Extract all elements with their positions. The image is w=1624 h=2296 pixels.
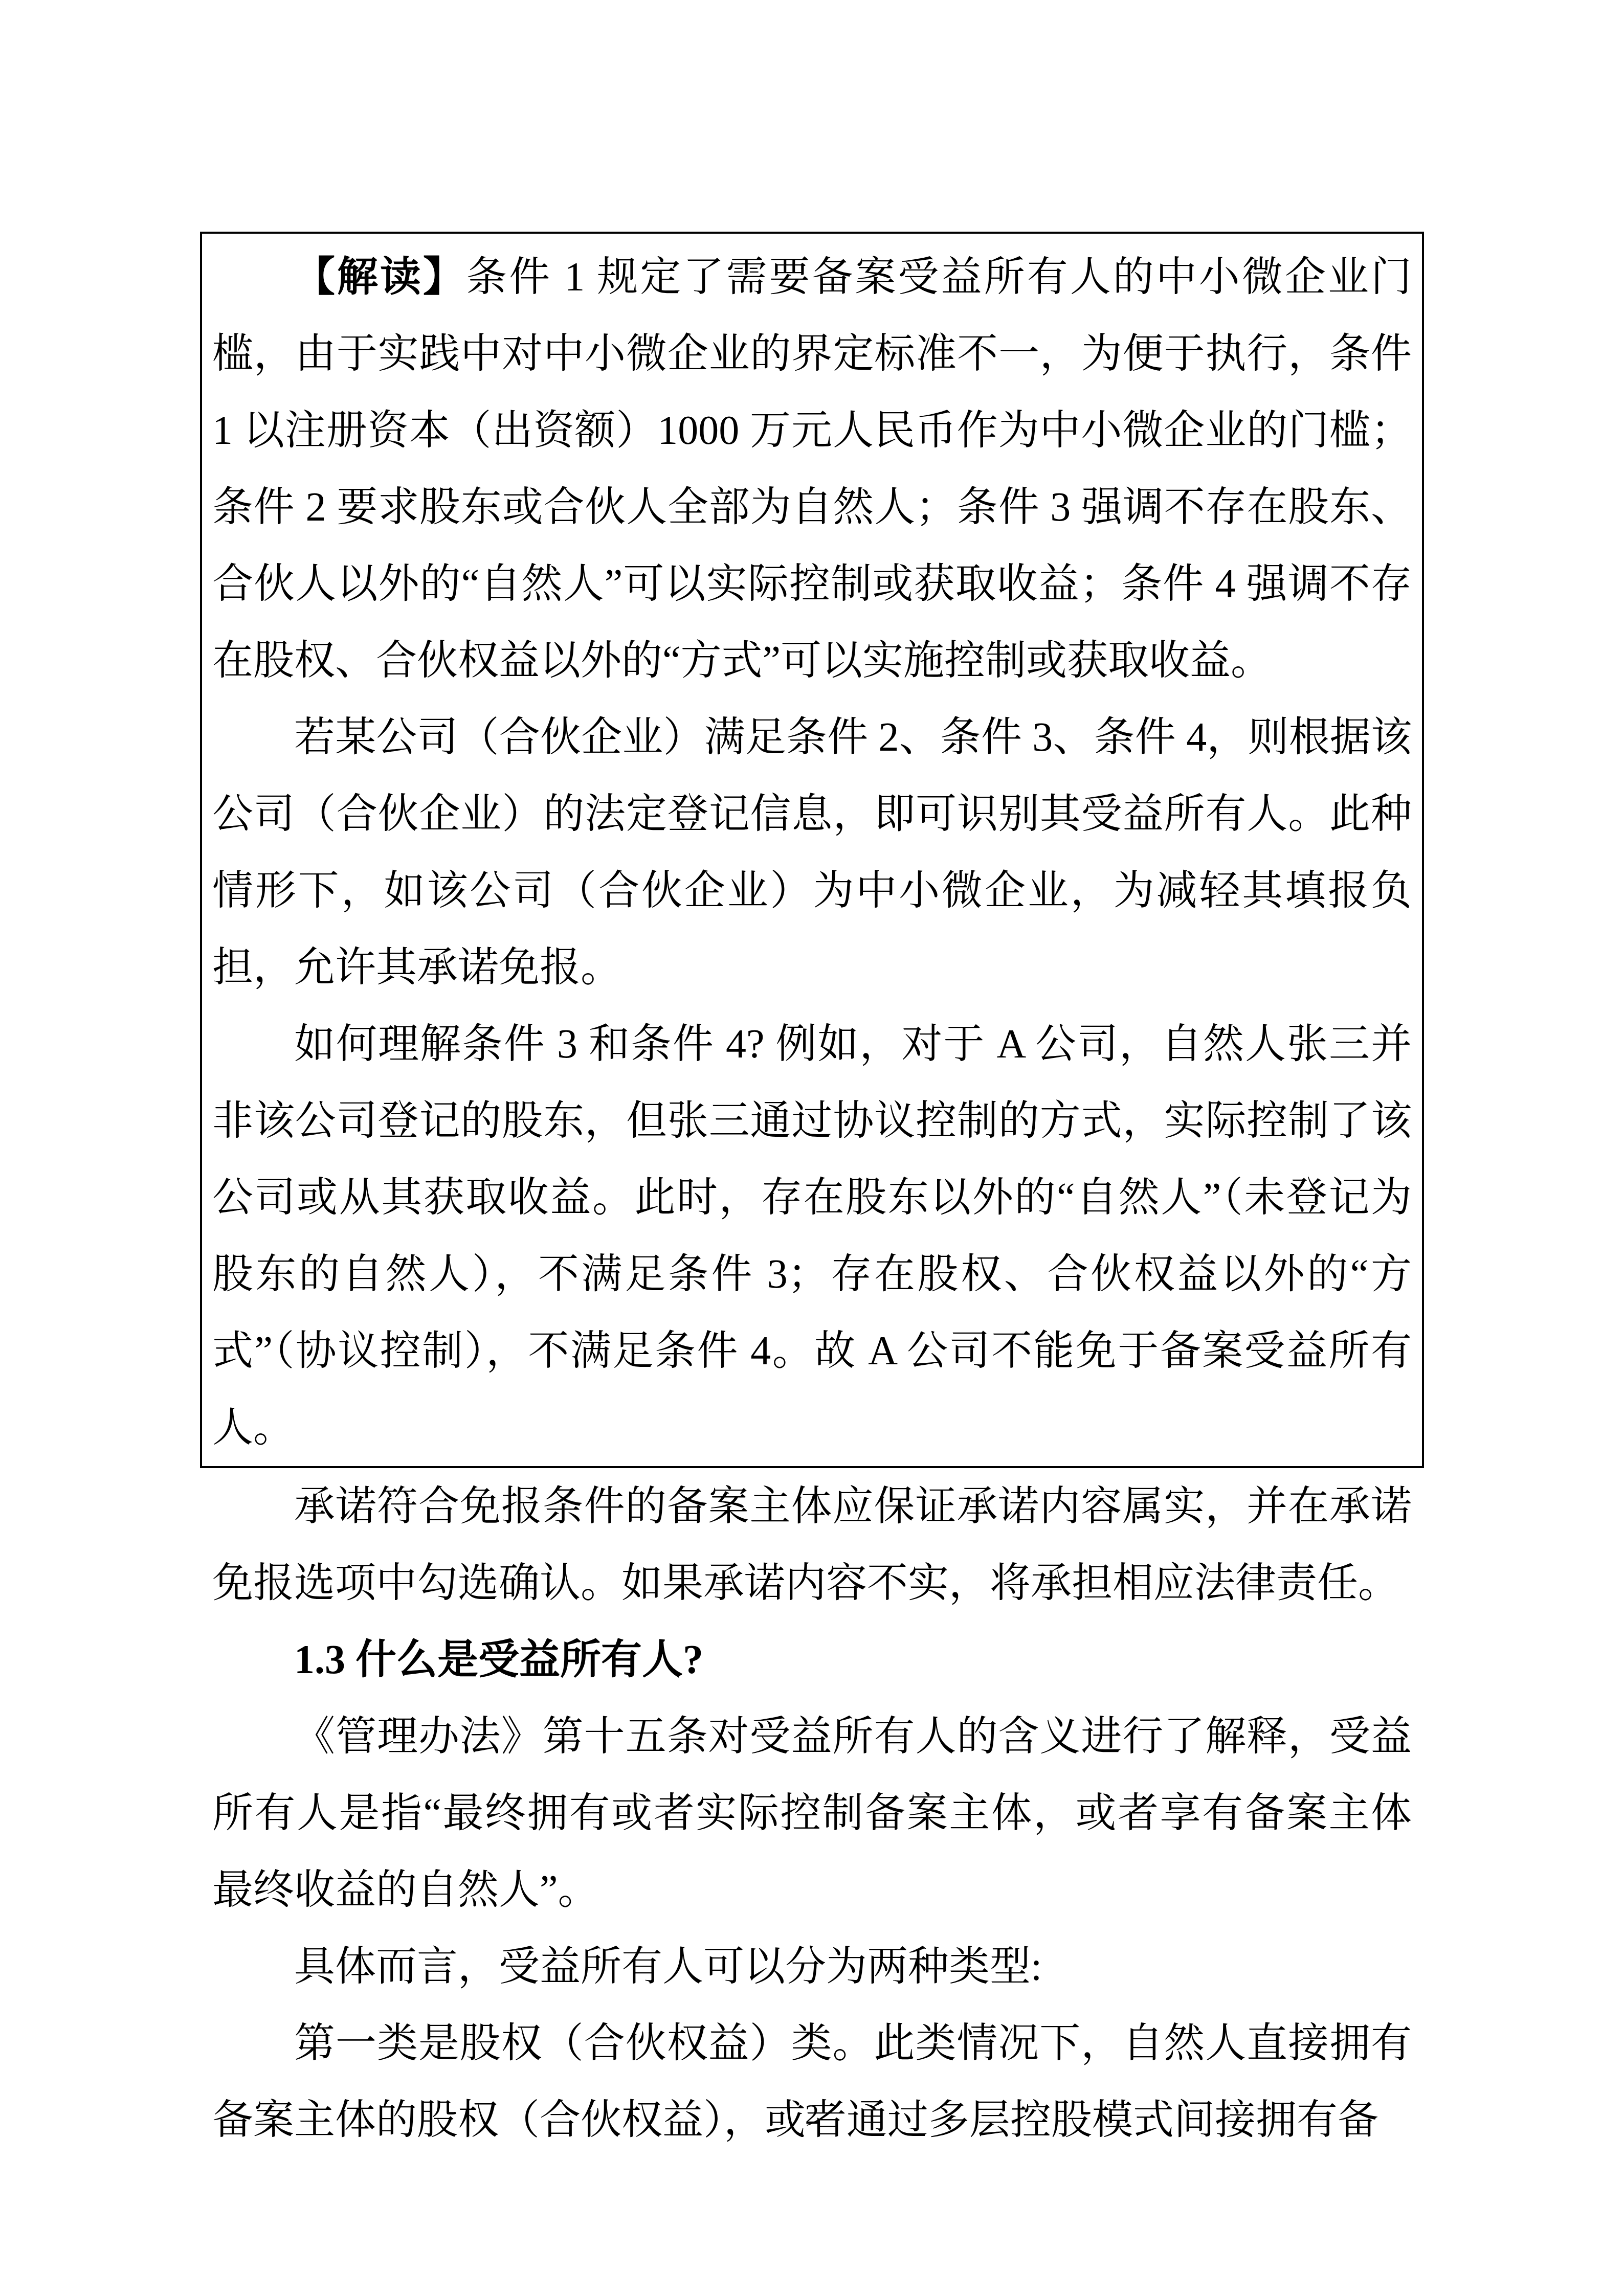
- interpretation-box: 【解读】条件 1 规定了需要备案受益所有人的中小微企业门槛，由于实践中对中小微企…: [200, 232, 1424, 1468]
- document-page: { "page": { "number": "2" }, "interpreta…: [0, 0, 1624, 2296]
- page-number: 2: [212, 2099, 1412, 2130]
- document-body: 【解读】条件 1 规定了需要备案受益所有人的中小微企业门槛，由于实践中对中小微企…: [212, 232, 1412, 2158]
- interpretation-label: 【解读】: [294, 255, 466, 300]
- body-paragraph-type-one: 第一类是股权（合伙权益）类。此类情况下，自然人直接拥有备案主体的股权（合伙权益）…: [212, 2005, 1412, 2158]
- interpretation-paragraph-2: 若某公司（合伙企业）满足条件 2、条件 3、条件 4，则根据该公司（合伙企业）的…: [212, 699, 1412, 1006]
- interpretation-paragraph-3: 如何理解条件 3 和条件 4? 例如，对于 A 公司，自然人张三并非该公司登记的…: [212, 1006, 1412, 1466]
- section-heading-1-3: 1.3 什么是受益所有人?: [212, 1622, 1412, 1698]
- interpretation-paragraph-1-text: 条件 1 规定了需要备案受益所有人的中小微企业门槛，由于实践中对中小微企业的界定…: [212, 255, 1412, 683]
- body-paragraph-commitment: 承诺符合免报条件的备案主体应保证承诺内容属实，并在承诺免报选项中勾选确认。如果承…: [212, 1468, 1412, 1622]
- interpretation-paragraph-1: 【解读】条件 1 规定了需要备案受益所有人的中小微企业门槛，由于实践中对中小微企…: [212, 239, 1412, 699]
- body-paragraph-two-types: 具体而言，受益所有人可以分为两种类型:: [212, 1928, 1412, 2005]
- body-paragraph-definition: 《管理办法》第十五条对受益所有人的含义进行了解释，受益所有人是指“最终拥有或者实…: [212, 1698, 1412, 1928]
